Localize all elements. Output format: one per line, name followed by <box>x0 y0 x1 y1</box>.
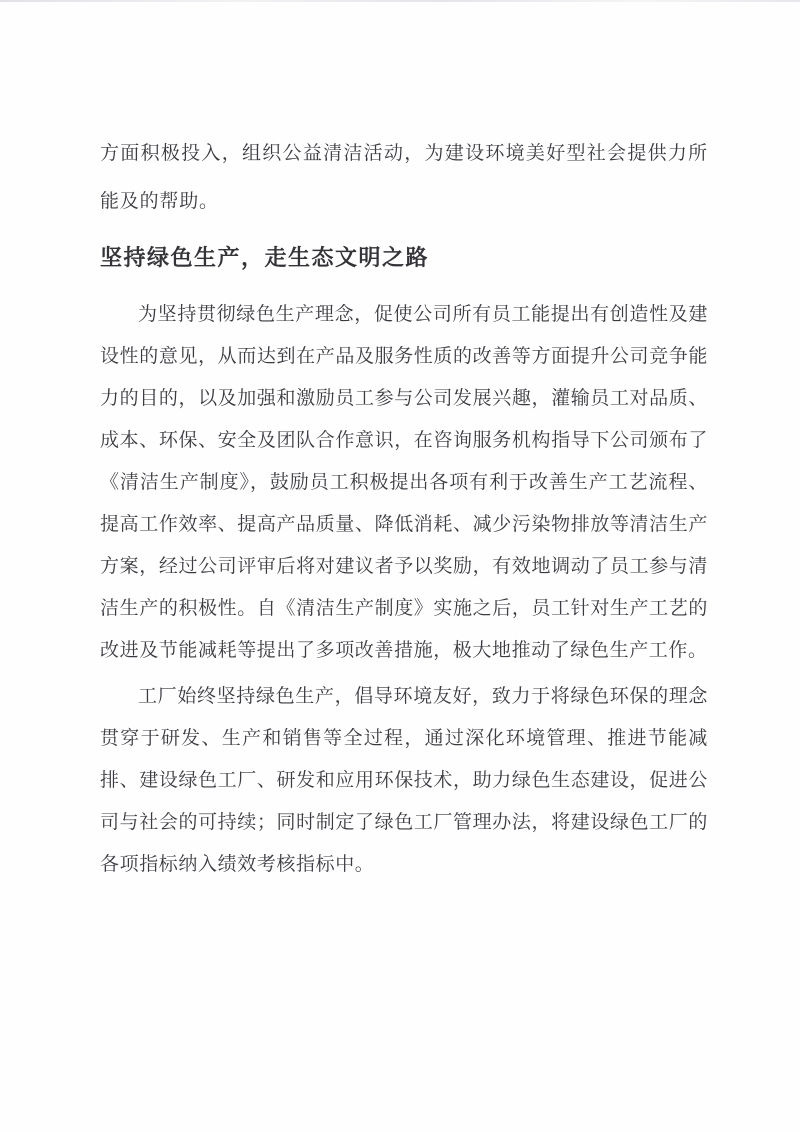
section-heading: 坚持绿色生产，走生态文明之路 <box>100 242 708 274</box>
body-paragraph-2: 工厂始终坚持绿色生产，倡导环境友好，致力于将绿色环保的理念贯穿于研发、生产和销售… <box>100 676 708 886</box>
scan-artifact-top-edge <box>0 0 800 2</box>
scanned-document-page: 方面积极投入，组织公益清洁活动，为建设环境美好型社会提供力所能及的帮助。 坚持绿… <box>0 0 800 1132</box>
document-content: 方面积极投入，组织公益清洁活动，为建设环境美好型社会提供力所能及的帮助。 坚持绿… <box>100 130 708 886</box>
body-paragraph-1: 为坚持贯彻绿色生产理念，促使公司所有员工能提出有创造性及建设性的意见，从而达到在… <box>100 294 708 672</box>
leading-paragraph: 方面积极投入，组织公益清洁活动，为建设环境美好型社会提供力所能及的帮助。 <box>100 130 708 226</box>
